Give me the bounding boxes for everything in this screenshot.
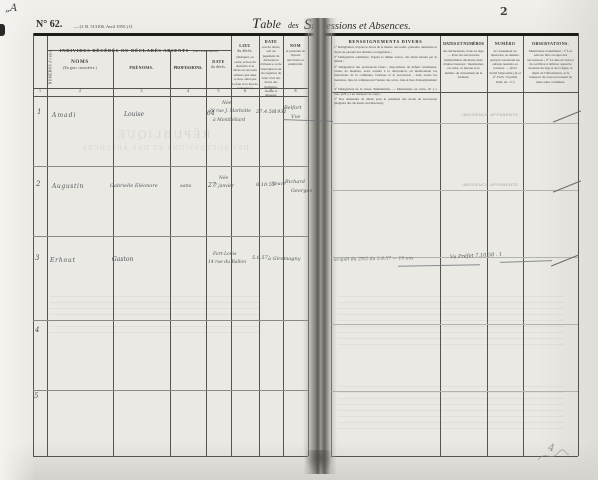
form-number: N° 62. (36, 19, 62, 30)
row-rule (331, 391, 578, 392)
column-header-numeros: NUMÉROS d'ordre. (33, 37, 47, 88)
row-rule (33, 166, 308, 167)
column-header-dates-numeros: DATES ET NUMÉROS des déclarations, dons … (442, 42, 485, 80)
entry-note: acquêt du 29/2 du 5.8.57 — 16 ans (334, 257, 414, 263)
pen-stroke (500, 260, 552, 263)
entry-date: 27.4.58 (256, 110, 275, 115)
column-header-noms: NOMS (En gros caractères.) (48, 60, 112, 70)
table-rule (523, 36, 524, 456)
bleedthrough-stripe (50, 296, 260, 338)
column-header-numero-classement: NUMÉRO de classement au répertoire ou nu… (489, 42, 521, 84)
entry-place-line: 14 rue du Ballon (208, 261, 246, 266)
column-header-professions: PROFESSIONS. (171, 66, 205, 71)
row-rule (331, 324, 578, 325)
entry-firstname: Gaston (112, 257, 133, 263)
row-rule (33, 390, 308, 391)
column-header-lieu-deces: LIEU du décès. (Indiquer, en outre, le l… (232, 44, 258, 90)
column-header-observations: OBSERVATIONS. Mentionner notamment : 1° … (526, 42, 575, 84)
entry-mention: à Giromagny (268, 257, 301, 262)
column-number: 4 (170, 89, 206, 94)
column-number: 5 (206, 89, 231, 94)
edge-ink-blob (0, 24, 5, 36)
table-rule (259, 36, 260, 456)
row-rule (33, 236, 308, 237)
entry-place-line: Née (222, 102, 231, 107)
column-number: 1 (33, 89, 47, 94)
bleedthrough-stripe (338, 296, 564, 348)
column-number: 3 (113, 89, 170, 94)
row-number: 3 (35, 255, 39, 262)
scanned-register-page: RÉPUBLIQUE DES SUCCESSIONS ET DES ABSENC… (0, 0, 598, 480)
group-header: INDIVIDUS DÉCÉDÉS OU DÉCLARÉS ABSENTS (s… (47, 38, 231, 57)
column-number: 6 (231, 89, 259, 94)
book-gutter (303, 18, 337, 474)
bleedthrough-subtitle: DES SUCCESSIONS ET DES ABSENCES (50, 144, 280, 152)
stamp-indigence: INDIGENCE APPARENTE (462, 182, 519, 187)
row-number: 4 (35, 327, 39, 334)
entry-surname: Augustin (52, 184, 84, 190)
bleedthrough-stripe (338, 386, 564, 432)
folio-page-number: 2 (500, 6, 508, 17)
page-title-word-des: des (288, 21, 299, 30)
table-rule (440, 36, 441, 456)
row-number: 1 (37, 109, 41, 116)
entry-surname: Erhout (50, 258, 76, 264)
entry-place-line: Née (219, 177, 228, 182)
corner-handwritten-mark: „A (5, 4, 17, 14)
table-rule (487, 36, 488, 456)
row-rule (331, 123, 578, 124)
table-rule (578, 33, 579, 456)
bleedthrough-title: RÉPUBLIQUE (58, 127, 268, 142)
entry-date: 5.6.57 (252, 256, 268, 261)
entry-declaration: Vu Préfet 7.10.58 . 1 (450, 253, 502, 261)
table-rule (231, 36, 232, 456)
pen-check-stroke (553, 110, 581, 122)
entry-place-line: 28 rue J. Marbotte (209, 110, 251, 115)
table-rule (170, 50, 171, 456)
row-number: 5 (34, 393, 38, 400)
entry-surname: Amadi (52, 113, 76, 119)
column-header-renseignements: RENSEIGNEMENTS DIVERS 1° Désignation, d'… (334, 39, 437, 107)
pen-stroke (398, 264, 480, 266)
table-rule (47, 36, 48, 456)
column-header-date-deces: DATE du décès. (207, 60, 230, 69)
column-number: 7 (259, 89, 283, 94)
entry-firstname: Gabrielle Éléonore (110, 184, 158, 189)
entry-profession: sans (180, 184, 191, 189)
book-gutter-shadow (305, 450, 333, 474)
row-rule (33, 320, 308, 321)
table-rule (113, 50, 114, 456)
form-reference: — (J. B. 513106. Avril 1955.) O. (74, 24, 133, 29)
entry-place-line: à Montbéliard (213, 119, 245, 124)
row-number: 2 (36, 181, 40, 188)
entry-spouse: Belfort (284, 106, 302, 111)
pen-flourish (536, 448, 570, 464)
entry-spouse-note: Georges (291, 189, 312, 194)
entry-place-line: Fort-Louis (213, 253, 236, 258)
entry-firstname: Louise (124, 112, 144, 118)
entry-place-line: 7 janvier (214, 185, 234, 190)
column-number: 2 (47, 89, 113, 94)
stamp-indigence: INDIGENCE APPARENTE (462, 112, 519, 117)
table-rule (283, 36, 284, 456)
page-title-word-table: Table (252, 16, 281, 33)
row-rule (331, 190, 578, 191)
entry-spouse: Richard (285, 180, 305, 185)
column-header-prenoms: PRÉNOMS. (114, 66, 169, 71)
table-bottom-rule (33, 456, 308, 457)
entry-mention: Veuve (272, 183, 286, 188)
